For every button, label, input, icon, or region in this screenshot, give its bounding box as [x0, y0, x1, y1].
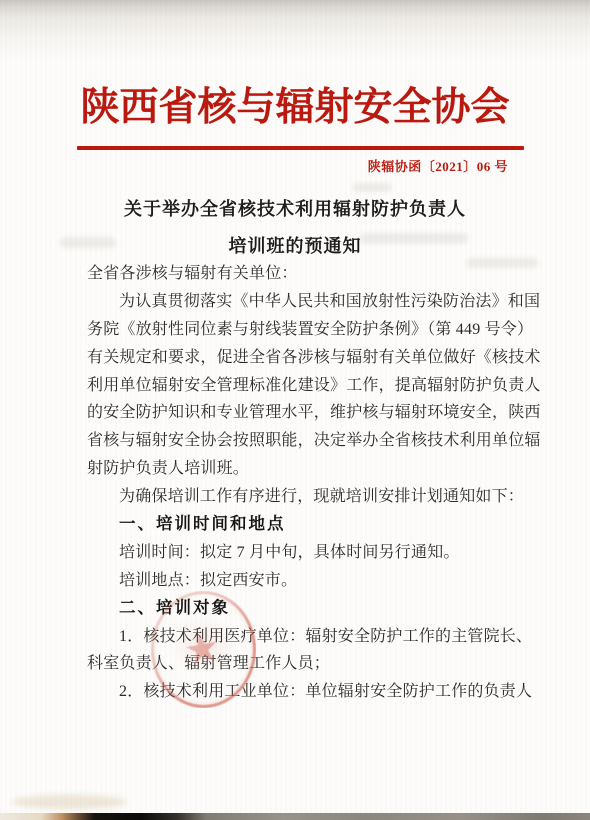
notice-title-line-2: 培训班的预通知 — [0, 233, 590, 259]
body-line: 为认真贯彻落实《中华人民共和国放射性污染防治法》和国 — [87, 288, 527, 316]
body-line: 务院《放射性同位素与射线装置安全防护条例》（第 449 号令） — [87, 316, 527, 344]
notice-title-line-1: 关于举办全省核技术利用辐射防护负责人 — [0, 196, 590, 222]
body-line: 省核与辐射安全协会按照职能，决定举办全省核技术利用单位辐 — [87, 427, 527, 455]
body-line: 2．核技术利用工业单位：单位辐射安全防护工作的负责人 — [87, 678, 527, 706]
scan-bottom-edge — [0, 813, 590, 820]
body-line: 培训地点：拟定西安市。 — [87, 567, 527, 595]
body-line: 1．核技术利用医疗单位：辐射安全防护工作的主管院长、 — [87, 623, 527, 651]
body-line: 二、培训对象 — [87, 595, 527, 623]
body-line: 利用单位辐射安全管理标准化建设》工作，提高辐射防护负责人 — [87, 372, 527, 400]
org-name-header: 陕西省核与辐射安全协会 — [0, 84, 590, 132]
ink-bleed-mark — [352, 183, 392, 192]
body-line: 射防护负责人培训班。 — [87, 455, 527, 483]
body-line: 的安全防护知识和专业管理水平，维护核与辐射环境安全，陕西 — [87, 399, 527, 427]
doc-number: 陕辐协函〔2021〕06 号 — [368, 157, 508, 176]
body-line: 科室负责人、辐射管理工作人员； — [87, 650, 527, 678]
body-line: 培训时间：拟定 7 月中旬，具体时间另行通知。 — [87, 539, 527, 567]
scanned-document-page: 陕西省核与辐射安全协会 陕辐协函〔2021〕06 号 关于举办全省核技术利用辐射… — [0, 0, 590, 820]
body-line: 一、培训时间和地点 — [87, 511, 527, 539]
body-text: 全省各涉核与辐射有关单位：为认真贯彻落实《中华人民共和国放射性污染防治法》和国务… — [87, 260, 527, 706]
body-line: 有关规定和要求，促进全省各涉核与辐射有关单位做好《核技术 — [87, 344, 527, 372]
body-line: 为确保培训工作有序进行，现就培训安排计划通知如下： — [87, 483, 527, 511]
paper-stain — [12, 795, 127, 809]
body-line: 全省各涉核与辐射有关单位： — [87, 260, 527, 288]
red-header-rule — [77, 146, 524, 150]
